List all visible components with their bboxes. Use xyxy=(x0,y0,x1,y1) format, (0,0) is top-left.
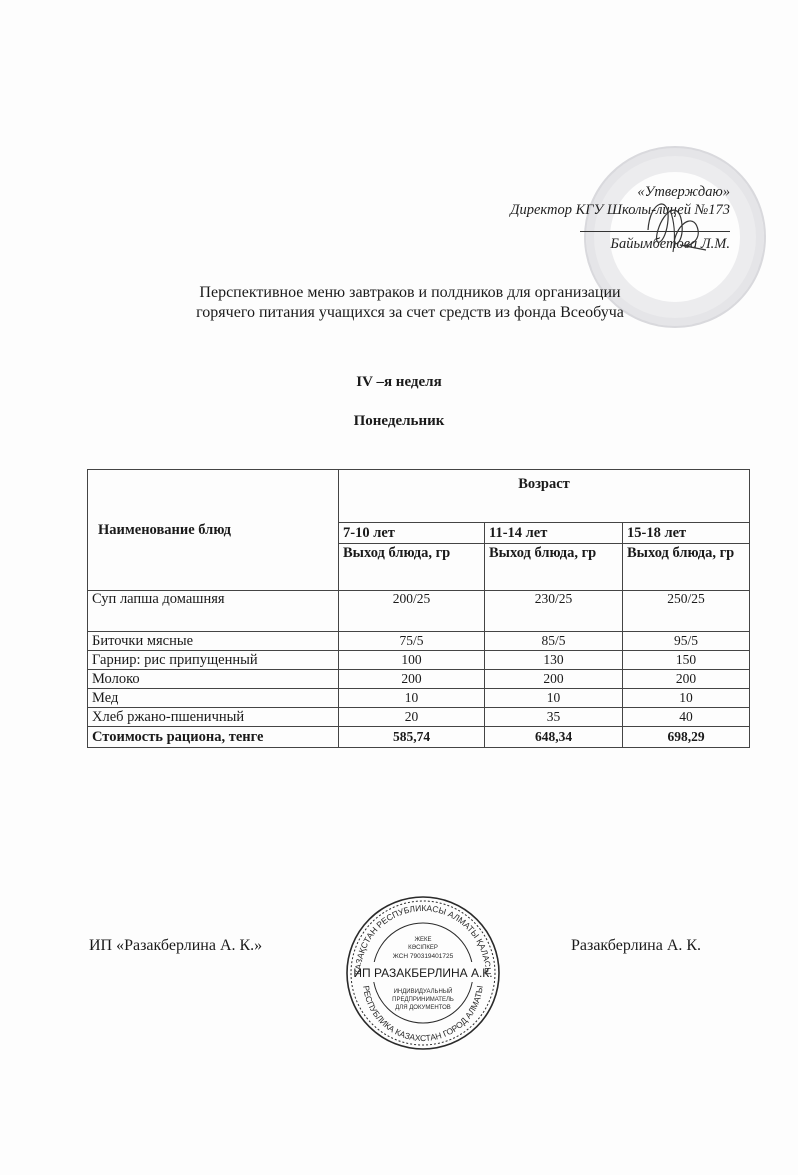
total-value: 585,74 xyxy=(339,727,485,748)
svg-text:ЖЕКЕ: ЖЕКЕ xyxy=(414,937,431,943)
svg-text:ДЛЯ ДОКУМЕНТОВ: ДЛЯ ДОКУМЕНТОВ xyxy=(395,1005,451,1011)
dish-value: 95/5 xyxy=(623,632,750,651)
total-label: Стоимость рациона, тенге xyxy=(88,727,339,748)
svg-text:ПРЕДПРИНИМАТЕЛЬ: ПРЕДПРИНИМАТЕЛЬ xyxy=(392,997,454,1003)
header-age-group: 7-10 лет xyxy=(339,523,485,544)
dish-name: Гарнир: рис припущенный xyxy=(88,651,339,670)
dish-name: Хлеб ржано-пшеничный xyxy=(88,708,339,727)
dish-name: Биточки мясные xyxy=(88,632,339,651)
table-row: Гарнир: рис припущенный 100 130 150 xyxy=(88,651,750,670)
total-value: 698,29 xyxy=(623,727,750,748)
dish-value: 10 xyxy=(339,689,485,708)
document-page: «Утверждаю» Директор КГУ Школы-лицей №17… xyxy=(0,0,798,1175)
dish-value: 200 xyxy=(485,670,623,689)
svg-text:ЖСН 790319401725: ЖСН 790319401725 xyxy=(393,953,454,960)
dish-value: 250/25 xyxy=(623,591,750,632)
header-output: Выход блюда, гр xyxy=(485,544,623,591)
total-value: 648,34 xyxy=(485,727,623,748)
dish-value: 75/5 xyxy=(339,632,485,651)
header-output: Выход блюда, гр xyxy=(623,544,750,591)
dish-value: 35 xyxy=(485,708,623,727)
menu-table: Наименование блюд Возраст 7-10 лет 11-14… xyxy=(87,469,750,748)
header-dish-name: Наименование блюд xyxy=(88,470,339,591)
dish-value: 130 xyxy=(485,651,623,670)
table-row: Хлеб ржано-пшеничный 20 35 40 xyxy=(88,708,750,727)
table-row: Молоко 200 200 200 xyxy=(88,670,750,689)
dish-value: 200 xyxy=(339,670,485,689)
header-output: Выход блюда, гр xyxy=(339,544,485,591)
signature-icon xyxy=(640,190,710,260)
seal-stamp-icon: ҚАЗАҚСТАН РЕСПУБЛИКАСЫ АЛМАТЫ ҚАЛАСЫ РЕС… xyxy=(343,893,503,1053)
dish-value: 150 xyxy=(623,651,750,670)
footer-signatory: Разакберлина А. К. xyxy=(571,937,701,955)
week-heading: IV –я неделя xyxy=(0,374,798,391)
table-total-row: Стоимость рациона, тенге 585,74 648,34 6… xyxy=(88,727,750,748)
day-heading: Понедельник xyxy=(0,413,798,430)
dish-name: Суп лапша домашняя xyxy=(88,591,339,632)
dish-value: 10 xyxy=(623,689,750,708)
document-title: Перспективное меню завтраков и полдников… xyxy=(120,283,700,323)
header-age-group: 11-14 лет xyxy=(485,523,623,544)
svg-text:ИНДИВИДУАЛЬНЫЙ: ИНДИВИДУАЛЬНЫЙ xyxy=(394,987,453,995)
table-row: Суп лапша домашняя 200/25 230/25 250/25 xyxy=(88,591,750,632)
dish-value: 40 xyxy=(623,708,750,727)
dish-value: 85/5 xyxy=(485,632,623,651)
header-age: Возраст xyxy=(339,470,750,523)
dish-value: 20 xyxy=(339,708,485,727)
header-age-group: 15-18 лет xyxy=(623,523,750,544)
table-row: Биточки мясные 75/5 85/5 95/5 xyxy=(88,632,750,651)
title-line-1: Перспективное меню завтраков и полдников… xyxy=(199,284,620,301)
svg-text:КӘСІПКЕР: КӘСІПКЕР xyxy=(408,945,438,951)
table-row: Мед 10 10 10 xyxy=(88,689,750,708)
svg-text:ИП РАЗАКБЕРЛИНА А.К.: ИП РАЗАКБЕРЛИНА А.К. xyxy=(353,966,492,980)
footer-entrepreneur: ИП «Разакберлина А. К.» xyxy=(89,937,262,955)
dish-value: 200/25 xyxy=(339,591,485,632)
dish-value: 10 xyxy=(485,689,623,708)
dish-value: 200 xyxy=(623,670,750,689)
title-line-2: горячего питания учащихся за счет средст… xyxy=(120,303,700,323)
dish-value: 100 xyxy=(339,651,485,670)
dish-name: Мед xyxy=(88,689,339,708)
dish-name: Молоко xyxy=(88,670,339,689)
dish-value: 230/25 xyxy=(485,591,623,632)
